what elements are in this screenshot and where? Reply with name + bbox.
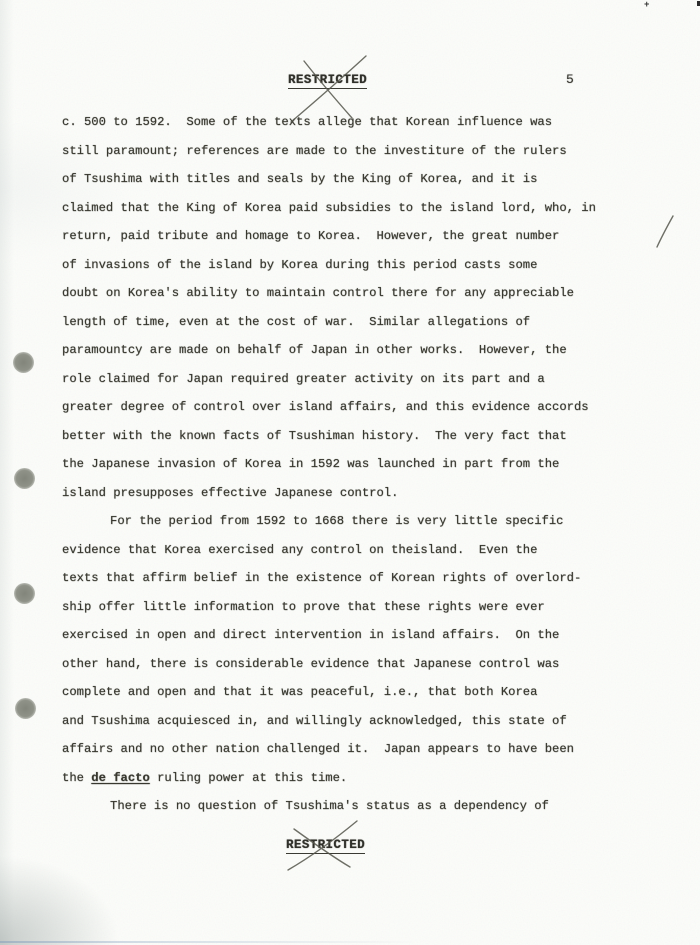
text-line: better with the known facts of Tsushiman…: [62, 422, 672, 451]
text-line: claimed that the King of Korea paid subs…: [62, 194, 672, 223]
scan-corner-smudge: [0, 855, 120, 945]
text-line: affairs and no other nation challenged i…: [62, 735, 672, 764]
text-line: other hand, there is considerable eviden…: [62, 650, 672, 679]
text-line: For the period from 1592 to 1668 there i…: [62, 507, 672, 536]
scan-bottom-edge: [0, 941, 420, 943]
punch-hole: [14, 468, 35, 489]
text-line: role claimed for Japan required greater …: [62, 365, 672, 394]
text-line: still paramount; references are made to …: [62, 137, 672, 166]
text-line: doubt on Korea's ability to maintain con…: [62, 279, 672, 308]
page-number: 5: [566, 72, 574, 87]
text-segment: the: [62, 771, 91, 785]
ink-speck: +: [644, 0, 649, 10]
text-line: complete and open and that it was peacef…: [62, 678, 672, 707]
punch-hole: [14, 583, 35, 604]
text-line: island presupposes effective Japanese co…: [62, 479, 672, 508]
text-line: of invasions of the island by Korea duri…: [62, 251, 672, 280]
text-line: There is no question of Tsushima's statu…: [62, 792, 672, 821]
text-line: of Tsushima with titles and seals by the…: [62, 165, 672, 194]
text-line: and Tsushima acquiesced in, and willingl…: [62, 707, 672, 736]
punch-hole: [13, 352, 34, 373]
typed-text-block: c. 500 to 1592. Some of the texts allege…: [62, 108, 672, 821]
text-line: greater degree of control over island af…: [62, 393, 672, 422]
text-line: texts that affirm belief in the existenc…: [62, 564, 672, 593]
text-line: ship offer little information to prove t…: [62, 593, 672, 622]
text-line: paramountcy are made on behalf of Japan …: [62, 336, 672, 365]
text-segment: ruling power at this time.: [150, 771, 347, 785]
punch-hole: [15, 698, 36, 719]
text-line: return, paid tribute and homage to Korea…: [62, 222, 672, 251]
classification-stamp-top: RESTRICTED: [288, 73, 367, 89]
underlined-term: de facto: [91, 771, 150, 785]
text-line: length of time, even at the cost of war.…: [62, 308, 672, 337]
classification-stamp-bottom: RESTRICTED: [286, 838, 365, 854]
text-line: the de facto ruling power at this time.: [62, 764, 672, 793]
document-page: + RESTRICTED 5 c. 500 to 1592. Some of t…: [0, 0, 700, 945]
text-line: the Japanese invasion of Korea in 1592 w…: [62, 450, 672, 479]
text-line: c. 500 to 1592. Some of the texts allege…: [62, 108, 672, 137]
text-line: exercised in open and direct interventio…: [62, 621, 672, 650]
text-line: evidence that Korea exercised any contro…: [62, 536, 672, 565]
